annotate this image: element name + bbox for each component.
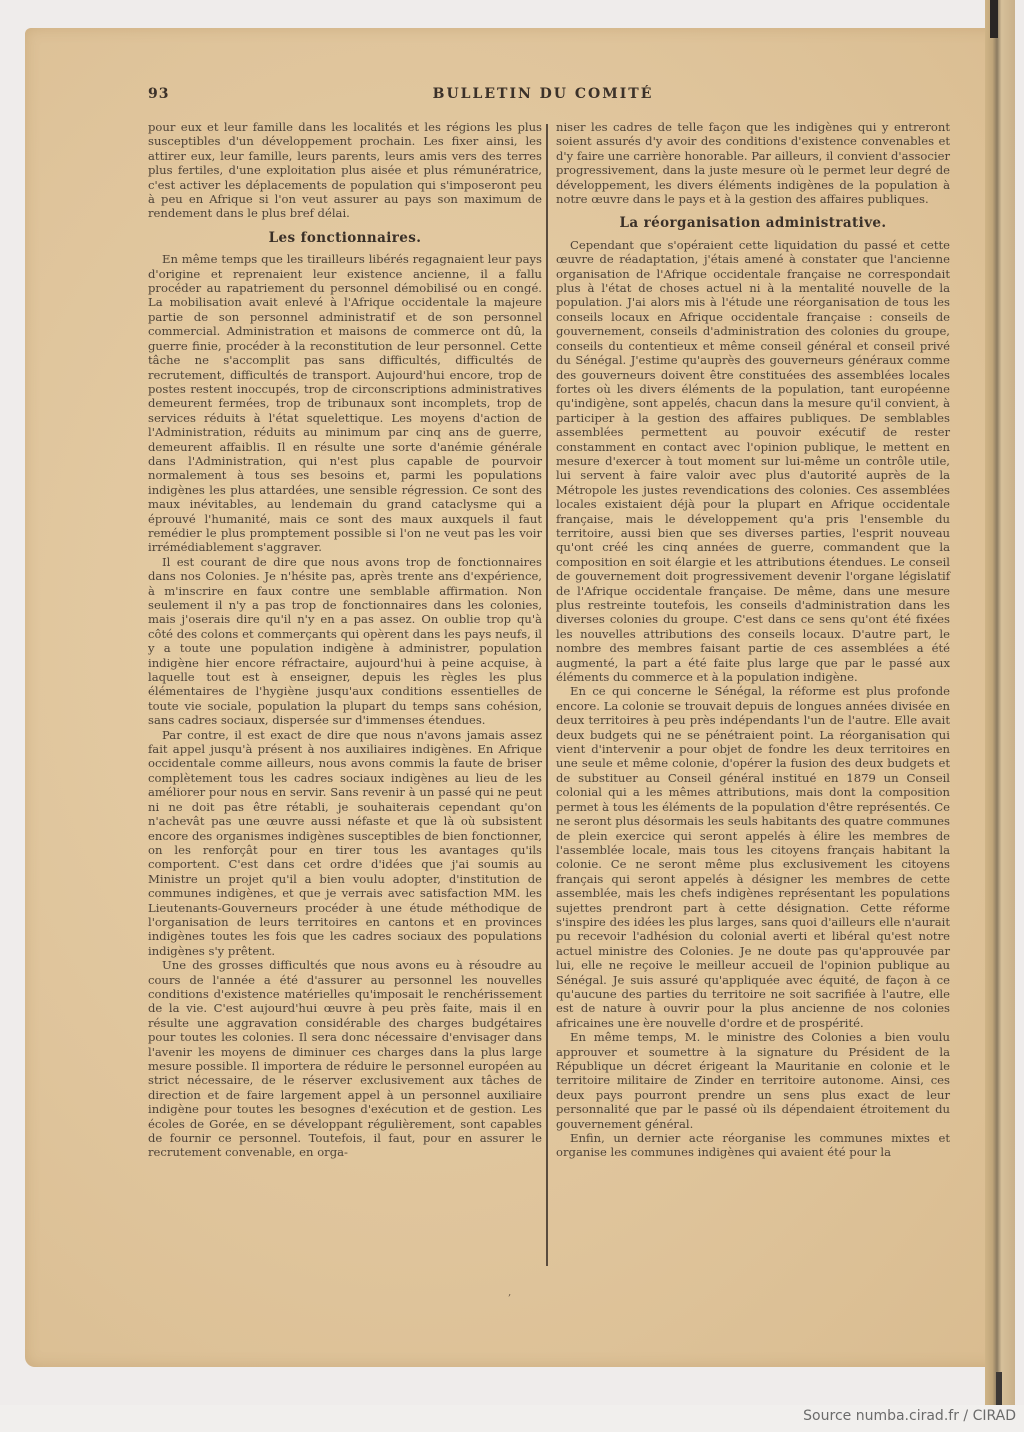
binding-shadow-bottom bbox=[996, 1372, 1002, 1405]
left-column: pour eux et leur famille dans les locali… bbox=[148, 120, 542, 1160]
paragraph: pour eux et leur famille dans les locali… bbox=[148, 120, 542, 221]
paragraph: Il est courant de dire que nous avons tr… bbox=[148, 555, 542, 728]
section-heading-reorganisation: La réorganisation administrative. bbox=[556, 216, 950, 230]
paragraph: Par contre, il est exact de dire que nou… bbox=[148, 728, 542, 959]
paragraph: Enfin, un dernier acte réorganise les co… bbox=[556, 1131, 950, 1160]
column-divider bbox=[546, 124, 548, 1266]
running-header: 93 BULLETIN DU COMITÉ bbox=[148, 86, 938, 106]
right-column: niser les cadres de telle façon que les … bbox=[556, 120, 950, 1160]
paragraph: Cependant que s'opéraient cette liquidat… bbox=[556, 238, 950, 685]
paragraph: En ce qui concerne le Sénégal, la réform… bbox=[556, 684, 950, 1030]
section-heading-fonctionnaires: Les fonctionnaires. bbox=[148, 231, 542, 245]
paragraph: Une des grosses difficultés que nous avo… bbox=[148, 958, 542, 1160]
paragraph: niser les cadres de telle façon que les … bbox=[556, 120, 950, 206]
book-binding-edge bbox=[985, 0, 1015, 1405]
paragraph: En même temps, M. le ministre des Coloni… bbox=[556, 1030, 950, 1131]
running-title: BULLETIN DU COMITÉ bbox=[148, 86, 938, 102]
source-credit: Source numba.cirad.fr / CIRAD bbox=[803, 1408, 1016, 1424]
paragraph: En même temps que les tirailleurs libéré… bbox=[148, 252, 542, 555]
binding-shadow-top bbox=[990, 0, 998, 38]
printer-mark: ‚ bbox=[508, 1287, 511, 1298]
